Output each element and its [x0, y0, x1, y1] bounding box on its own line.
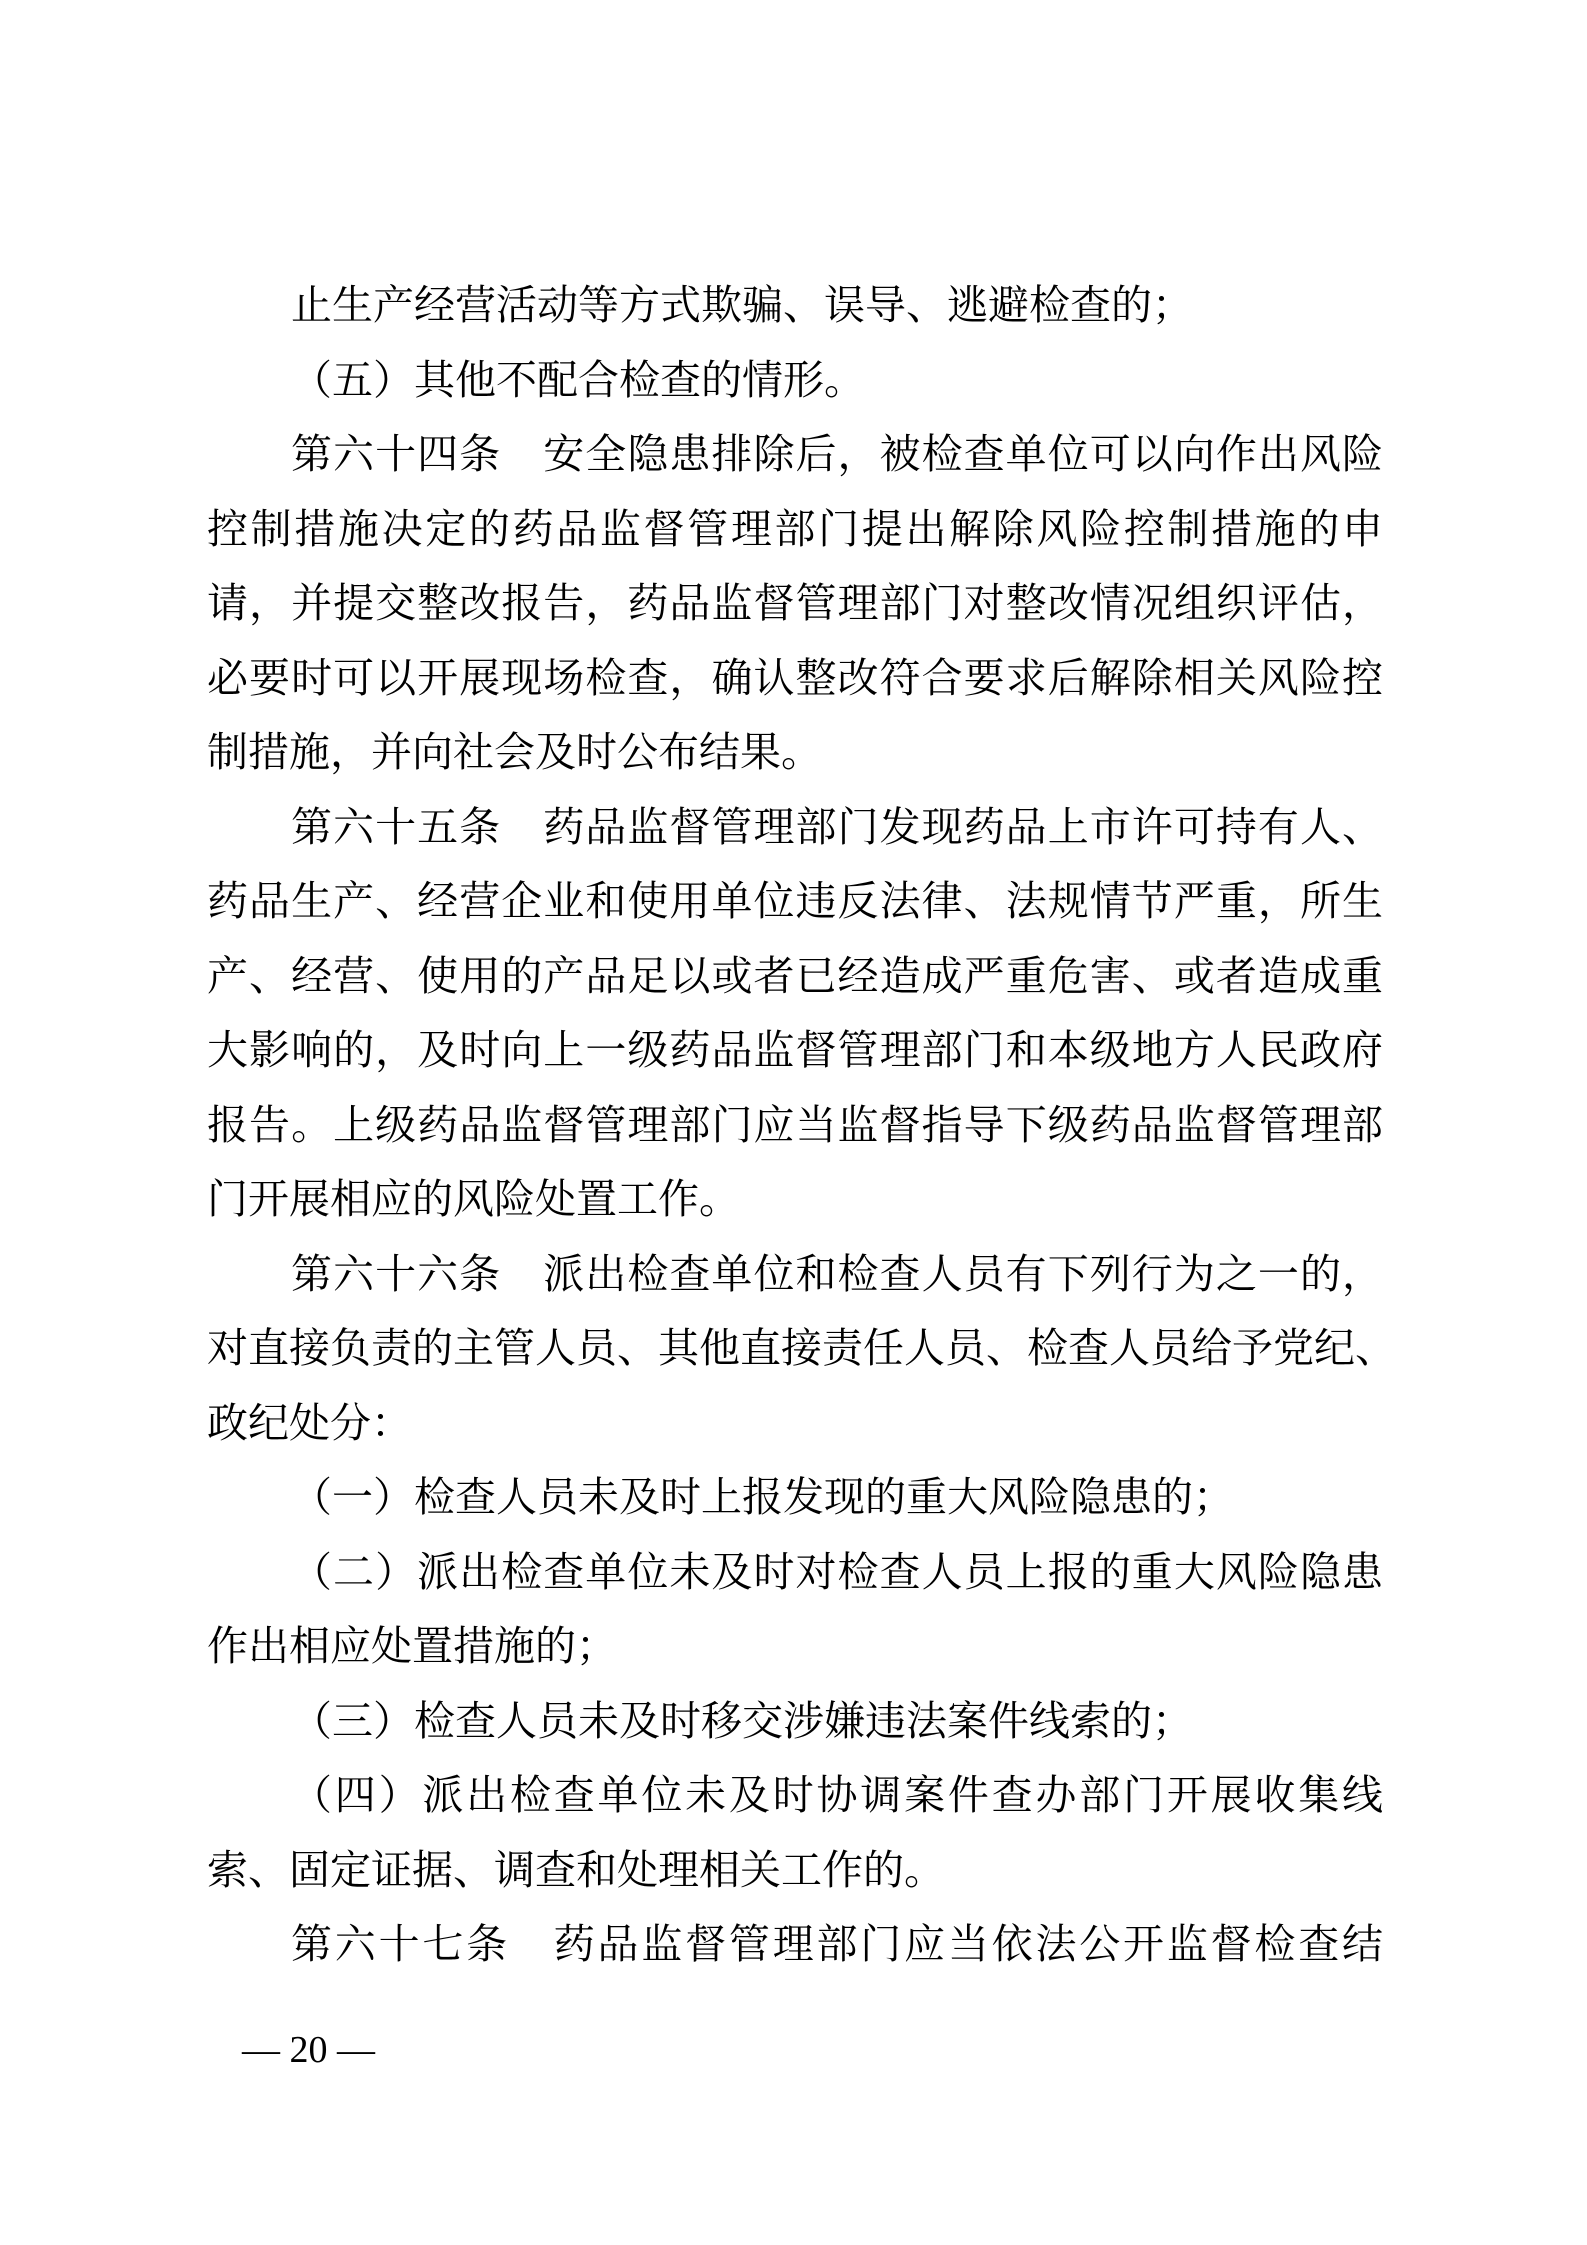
text-line: 必要时可以开展现场检查，确认整改符合要求后解除相关风险控 — [207, 641, 1383, 716]
text-line: 索、固定证据、调查和处理相关工作的。 — [207, 1833, 1383, 1908]
text-line: 对直接负责的主管人员、其他直接责任人员、检查人员给予党纪、 — [207, 1311, 1383, 1386]
body-text: 止生产经营活动等方式欺骗、误导、逃避检查的； （五）其他不配合检查的情形。 第六… — [207, 268, 1383, 1982]
article-64-heading-line: 第六十四条 安全隐患排除后，被检查单位可以向作出风险 — [207, 417, 1383, 492]
text-line: 门开展相应的风险处置工作。 — [207, 1162, 1383, 1237]
text-line: 大影响的，及时向上一级药品监督管理部门和本级地方人民政府 — [207, 1013, 1383, 1088]
text-line: 作出相应处置措施的； — [207, 1609, 1383, 1684]
article-65-heading-line: 第六十五条 药品监督管理部门发现药品上市许可持有人、 — [207, 790, 1383, 865]
text-line: （五）其他不配合检查的情形。 — [207, 343, 1383, 418]
list-item-2: （二）派出检查单位未及时对检查人员上报的重大风险隐患 — [207, 1535, 1383, 1610]
text-line: 药品生产、经营企业和使用单位违反法律、法规情节严重，所生 — [207, 864, 1383, 939]
article-67-heading-line: 第六十七条 药品监督管理部门应当依法公开监督检查结 — [207, 1907, 1383, 1982]
text-line: 政纪处分： — [207, 1386, 1383, 1461]
text-line: 止生产经营活动等方式欺骗、误导、逃避检查的； — [207, 268, 1383, 343]
list-item-3: （三）检查人员未及时移交涉嫌违法案件线索的； — [207, 1684, 1383, 1759]
list-item-4: （四）派出检查单位未及时协调案件查办部门开展收集线 — [207, 1758, 1383, 1833]
text-line: 制措施，并向社会及时公布结果。 — [207, 715, 1383, 790]
page-number: — 20 — — [242, 2028, 375, 2072]
article-66-heading-line: 第六十六条 派出检查单位和检查人员有下列行为之一的， — [207, 1237, 1383, 1312]
text-line: 请，并提交整改报告，药品监督管理部门对整改情况组织评估， — [207, 566, 1383, 641]
text-line: 报告。上级药品监督管理部门应当监督指导下级药品监督管理部 — [207, 1088, 1383, 1163]
document-page: 止生产经营活动等方式欺骗、误导、逃避检查的； （五）其他不配合检查的情形。 第六… — [0, 0, 1587, 2245]
text-line: 产、经营、使用的产品足以或者已经造成严重危害、或者造成重 — [207, 939, 1383, 1014]
text-line: 控制措施决定的药品监督管理部门提出解除风险控制措施的申 — [207, 492, 1383, 567]
list-item-1: （一）检查人员未及时上报发现的重大风险隐患的； — [207, 1460, 1383, 1535]
